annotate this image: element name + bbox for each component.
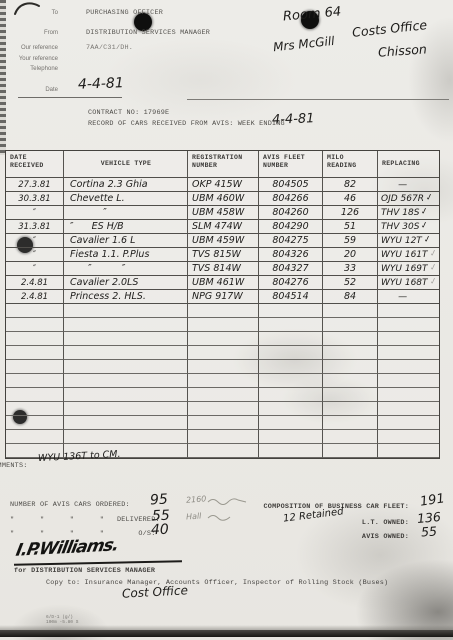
cell-milo: 59 — [323, 234, 378, 248]
cell-registration: UBM 460W — [188, 192, 259, 206]
empty-cell — [259, 360, 323, 374]
divider-line — [18, 97, 122, 98]
cell-vehicle: Princess 2. HLS. — [64, 290, 188, 304]
cell-date: 27.3.81 — [6, 178, 64, 192]
record-line: RECORD OF CARS RECEIVED FROM AVIS: WEEK … — [88, 120, 285, 128]
cell-date: 2.4.81 — [6, 276, 64, 290]
replacing-value: — — [381, 292, 407, 302]
empty-cell — [64, 416, 188, 430]
empty-cell — [323, 360, 378, 374]
empty-cell — [323, 388, 378, 402]
cell-registration: UBM 459W — [188, 234, 259, 248]
your-reference-label: Your reference — [0, 56, 58, 62]
empty-cell — [6, 318, 64, 332]
telephone-label: Telephone — [0, 66, 58, 72]
column-header: REPLACING — [378, 151, 439, 178]
empty-cell — [188, 360, 259, 374]
copy-to-line: Copy to: Insurance Manager, Accounts Off… — [46, 579, 388, 587]
cell-vehicle: Cavalier 2.0LS — [64, 276, 188, 290]
empty-cell — [378, 318, 439, 332]
cell-fleet: 804326 — [259, 248, 323, 262]
cell-milo: 84 — [323, 290, 378, 304]
replacing-value: WYU 168T — [381, 278, 428, 288]
pencil-scribble — [206, 496, 252, 506]
empty-cell — [64, 318, 188, 332]
outstanding-value: 40 — [151, 522, 169, 539]
empty-cell — [378, 332, 439, 346]
cell-replacing: WYU 12T✓ — [378, 234, 439, 248]
signature: I.P.Williams. — [14, 535, 120, 561]
empty-cell — [378, 360, 439, 374]
tick-mark: ✓ — [420, 219, 430, 232]
replacing-value: OJD 567R — [381, 194, 424, 204]
empty-cell — [188, 430, 259, 444]
empty-cell — [64, 346, 188, 360]
delivered-label: " " " " DELIVERED: — [10, 516, 160, 524]
copy-to-label: Copy to: — [46, 579, 80, 587]
empty-cell — [6, 374, 64, 388]
cell-milo: 82 — [323, 178, 378, 192]
empty-cell — [259, 430, 323, 444]
empty-cell — [188, 332, 259, 346]
empty-cell — [259, 374, 323, 388]
replacing-value: — — [381, 180, 407, 190]
cell-registration: SLM 474W — [188, 220, 259, 234]
costs-office-note: Costs Office — [351, 17, 427, 40]
empty-cell — [323, 374, 378, 388]
empty-cell — [6, 388, 64, 402]
cell-vehicle: ″ ES H/B — [64, 220, 188, 234]
composition-value: 191 — [419, 491, 446, 509]
cell-date: ″ — [6, 234, 64, 248]
cell-date: 2.4.81 — [6, 290, 64, 304]
surname-note: Chisson — [378, 41, 428, 59]
empty-cell — [6, 430, 64, 444]
our-reference-value: 7AA/C31/DH. — [86, 44, 133, 52]
cost-office-note: Cost Office — [122, 583, 189, 600]
empty-cell — [6, 304, 64, 318]
cell-date: ″ — [6, 248, 64, 262]
cell-milo: 126 — [323, 206, 378, 220]
empty-cell — [323, 444, 378, 458]
empty-cell — [323, 318, 378, 332]
tick-mark: ✓ — [428, 275, 438, 288]
divider-line — [187, 99, 449, 100]
our-reference-label: Our reference — [0, 45, 58, 51]
cell-registration: UBM 458W — [188, 206, 259, 220]
empty-cell — [323, 332, 378, 346]
room-note: Room 64 — [282, 4, 341, 24]
cell-registration: TVS 814W — [188, 262, 259, 276]
form-reference: 6/D-1 (g/) 100m -5.80 S — [46, 615, 78, 625]
comments-label: COMMENTS: — [0, 462, 28, 470]
signed-for-title: for DISTRIBUTION SERVICES MANAGER — [14, 567, 155, 575]
cell-vehicle: Fiesta 1.1. P.Plus — [64, 248, 188, 262]
cell-date: ″ — [6, 206, 64, 220]
empty-cell — [64, 430, 188, 444]
empty-cell — [188, 444, 259, 458]
scanned-memo-page: To PURCHASING OFFICER From DISTRIBUTION … — [0, 0, 453, 640]
empty-cell — [378, 304, 439, 318]
replacing-value: WYU 12T — [381, 236, 422, 246]
cell-replacing: — — [378, 178, 439, 192]
empty-cell — [259, 304, 323, 318]
column-header: DATE RECEIVED — [6, 151, 64, 178]
empty-cell — [64, 360, 188, 374]
to-value: PURCHASING OFFICER — [86, 9, 163, 17]
cell-date: 30.3.81 — [6, 192, 64, 206]
empty-cell — [323, 304, 378, 318]
empty-cell — [188, 416, 259, 430]
cell-milo: 33 — [323, 262, 378, 276]
cell-registration: UBM 461W — [188, 276, 259, 290]
empty-cell — [259, 444, 323, 458]
empty-cell — [378, 416, 439, 430]
tick-mark: ✓ — [425, 191, 435, 204]
empty-cell — [6, 360, 64, 374]
cell-fleet: 804260 — [259, 206, 323, 220]
tick-mark: ✓ — [420, 205, 430, 218]
avis-owned-value: 55 — [420, 523, 437, 539]
empty-cell — [259, 402, 323, 416]
cell-replacing: THV 18S✓ — [378, 206, 439, 220]
tick-mark: ✓ — [428, 247, 438, 260]
empty-cell — [259, 332, 323, 346]
replacing-value: THV 30S — [381, 222, 419, 232]
cell-date: ″ — [6, 262, 64, 276]
scan-edge-artifact — [0, 0, 6, 155]
lt-owned-label: L.T. OWNED: — [253, 519, 409, 527]
to-label: To — [0, 10, 58, 16]
empty-cell — [188, 318, 259, 332]
empty-cell — [378, 444, 439, 458]
empty-cell — [64, 374, 188, 388]
signature-underline — [14, 560, 182, 566]
empty-cell — [378, 388, 439, 402]
empty-cell — [64, 304, 188, 318]
cell-vehicle: ″ — [64, 206, 188, 220]
empty-cell — [378, 402, 439, 416]
cell-milo: 51 — [323, 220, 378, 234]
empty-cell — [64, 332, 188, 346]
date-label: Date — [0, 87, 58, 93]
from-label: From — [0, 30, 58, 36]
cell-replacing: THV 30S✓ — [378, 220, 439, 234]
empty-cell — [64, 402, 188, 416]
empty-cell — [259, 388, 323, 402]
column-header: REGISTRATION NUMBER — [188, 151, 259, 178]
replacing-value: WYU 169T — [381, 264, 428, 274]
cell-date: 31.3.81 — [6, 220, 64, 234]
ordered-label: NUMBER OF AVIS CARS ORDERED: — [10, 501, 130, 509]
recipient-note: Mrs McGill — [272, 34, 335, 54]
delivered-pencil-note: Hall — [186, 511, 202, 521]
empty-cell — [323, 416, 378, 430]
cell-registration: TVS 815W — [188, 248, 259, 262]
cell-registration: OKP 415W — [188, 178, 259, 192]
column-header: AVIS FLEET NUMBER — [259, 151, 323, 178]
week-ending-handwritten: 4-4-81 — [272, 111, 315, 127]
ordered-value: 95 — [150, 492, 169, 509]
empty-cell — [6, 402, 64, 416]
column-header: VEHICLE TYPE — [64, 151, 188, 178]
scan-edge-band — [0, 630, 453, 637]
from-value: DISTRIBUTION SERVICES MANAGER — [86, 29, 210, 37]
cell-replacing: WYU 161T✓ — [378, 248, 439, 262]
cell-replacing: — — [378, 290, 439, 304]
tick-mark: ✓ — [422, 233, 432, 246]
empty-cell — [259, 346, 323, 360]
cars-received-table: DATE RECEIVED VEHICLE TYPE REGISTRATION … — [5, 150, 440, 459]
tick-mark: ✓ — [428, 261, 438, 274]
cell-fleet: 804275 — [259, 234, 323, 248]
empty-cell — [378, 430, 439, 444]
pencil-scribble — [206, 512, 236, 522]
cell-milo: 20 — [323, 248, 378, 262]
empty-cell — [323, 402, 378, 416]
empty-cell — [259, 416, 323, 430]
date-handwritten: 4-4-81 — [78, 75, 124, 93]
empty-cell — [188, 374, 259, 388]
cell-vehicle: Cavalier 1.6 L — [64, 234, 188, 248]
ordered-pencil-note: 2160 — [186, 494, 207, 504]
empty-cell — [323, 346, 378, 360]
cell-fleet: 804290 — [259, 220, 323, 234]
cell-fleet: 804327 — [259, 262, 323, 276]
cell-fleet: 804514 — [259, 290, 323, 304]
empty-cell — [64, 388, 188, 402]
empty-cell — [378, 374, 439, 388]
empty-cell — [323, 430, 378, 444]
cell-milo: 52 — [323, 276, 378, 290]
empty-cell — [6, 346, 64, 360]
empty-cell — [188, 346, 259, 360]
cell-replacing: WYU 169T✓ — [378, 262, 439, 276]
column-header: MILO READING — [323, 151, 378, 178]
avis-owned-label: AVIS OWNED: — [253, 533, 409, 541]
replacing-value: THV 18S — [381, 208, 419, 218]
empty-cell — [188, 402, 259, 416]
cell-fleet: 804276 — [259, 276, 323, 290]
cell-replacing: WYU 168T✓ — [378, 276, 439, 290]
empty-cell — [378, 346, 439, 360]
empty-cell — [188, 304, 259, 318]
cell-replacing: OJD 567R✓ — [378, 192, 439, 206]
cell-vehicle: Cortina 2.3 Ghia — [64, 178, 188, 192]
cell-vehicle: Chevette L. — [64, 192, 188, 206]
cell-fleet: 804505 — [259, 178, 323, 192]
empty-cell — [6, 332, 64, 346]
contract-number: CONTRACT NO: 17969E — [88, 109, 169, 117]
empty-cell — [259, 318, 323, 332]
cell-milo: 46 — [323, 192, 378, 206]
empty-cell — [6, 416, 64, 430]
replacing-value: WYU 161T — [381, 250, 428, 260]
cell-fleet: 804266 — [259, 192, 323, 206]
cell-registration: NPG 917W — [188, 290, 259, 304]
empty-cell — [188, 388, 259, 402]
cell-vehicle: ″ ″ — [64, 262, 188, 276]
